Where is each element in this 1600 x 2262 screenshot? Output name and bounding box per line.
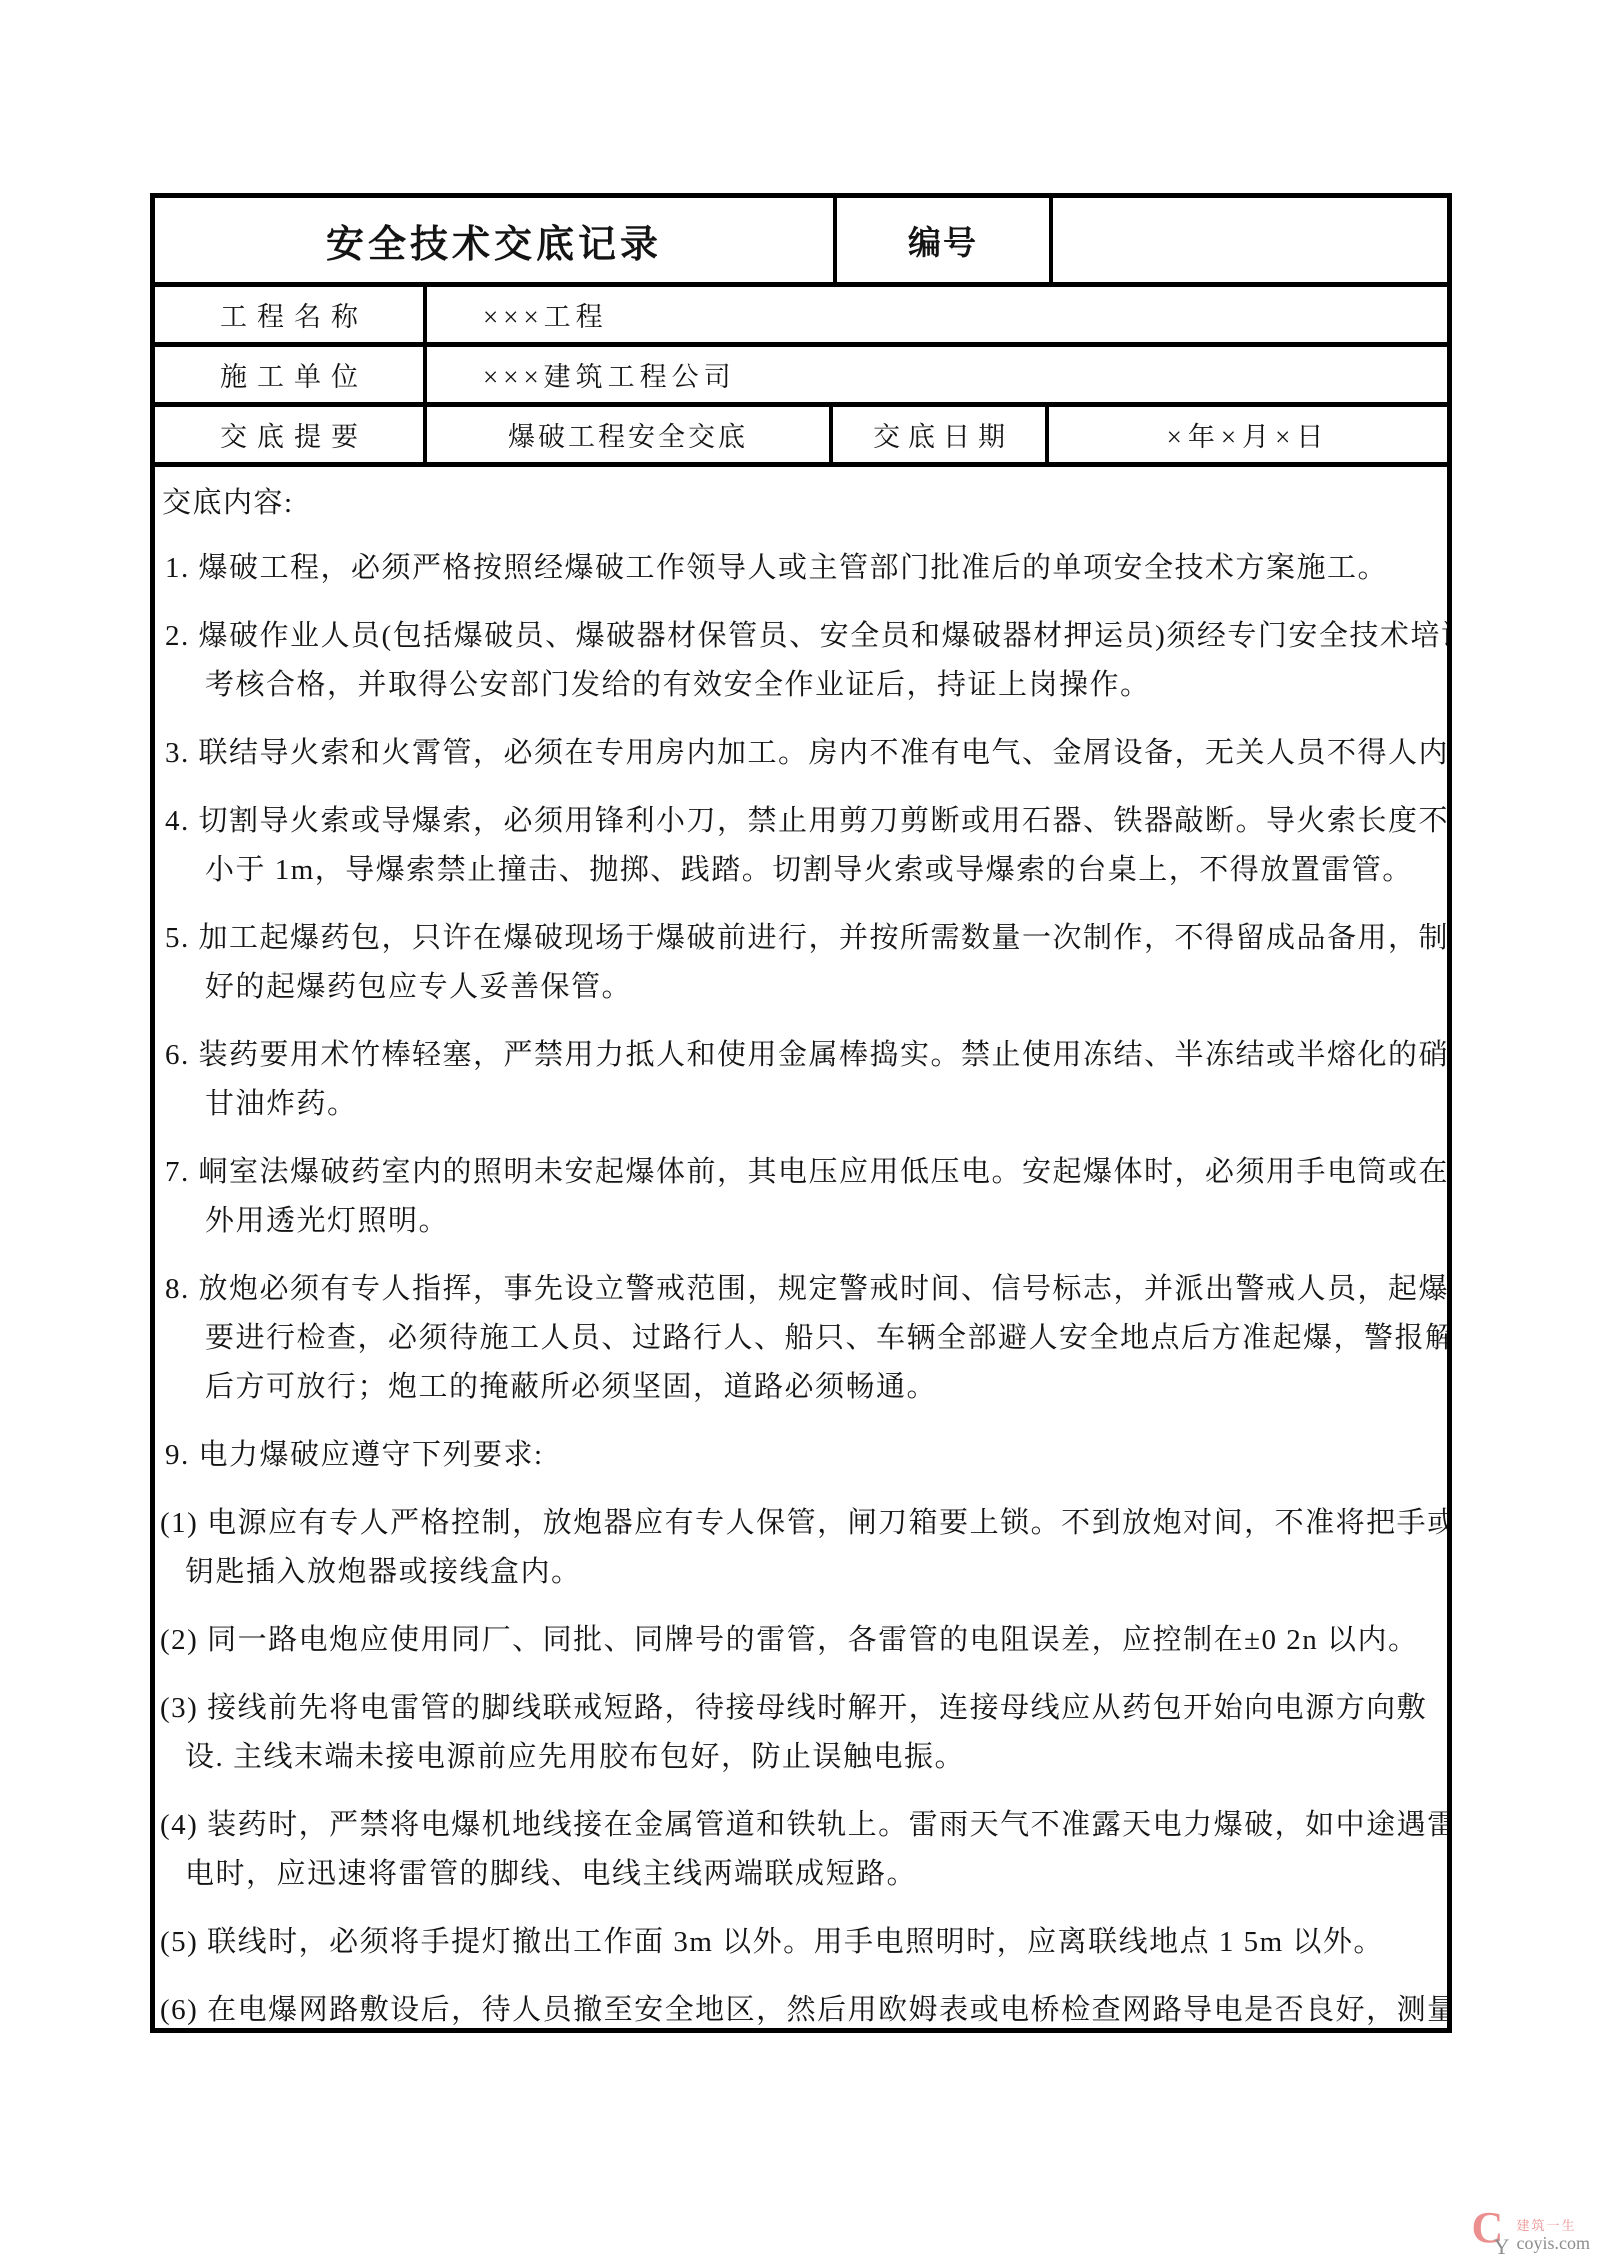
- content-line: (6) 在电爆网路敷设后，待人员撤至安全地区，然后用欧姆表或电桥检查网路导电是否…: [160, 1986, 1437, 2028]
- watermark-text: 建筑一生 coyis.com: [1517, 2218, 1591, 2254]
- project-name-label: 工程名称: [155, 287, 423, 342]
- content-line: 钥匙插入放炮器或接线盒内。: [160, 1548, 1437, 1597]
- content-line: (2) 同一路电炮应使用同厂、同批、同牌号的雷管，各雷管的电阻误差，应控制在±0…: [160, 1616, 1437, 1665]
- date-label: 交底日期: [829, 407, 1045, 462]
- content-line: 8. 放炮必须有专人指挥，事先设立警戒范围，规定警戒时间、信号标志，并派出警戒人…: [160, 1265, 1437, 1314]
- content-line: 5. 加工起爆药包，只许在爆破现场于爆破前进行，并按所需数量一次制作，不得留成品…: [160, 914, 1437, 963]
- watermark-site: coyis.com: [1517, 2233, 1591, 2254]
- document-title: 安全技术交底记录: [155, 198, 833, 282]
- summary-label: 交底提要: [155, 407, 423, 462]
- content-line: (1) 电源应有专人严格控制，放炮器应有专人保管，闸刀箱要上锁。不到放炮对间，不…: [160, 1499, 1437, 1548]
- content-line: 考核合格，并取得公安部门发给的有效安全作业证后，持证上岗操作。: [160, 661, 1437, 710]
- project-name-row: 工程名称 ×××工程: [155, 287, 1447, 347]
- watermark-logo-y: Y: [1494, 2236, 1510, 2258]
- content-line: 要进行检查，必须待施工人员、过路行人、船只、车辆全部避人安全地点后方准起爆，警报…: [160, 1314, 1437, 1363]
- content-cell: 交底内容: 1. 爆破工程，必须严格按照经爆破工作领导人或主管部门批准后的单项安…: [155, 467, 1447, 2028]
- content-line: 后方可放行；炮工的掩蔽所必须坚固，道路必须畅通。: [160, 1363, 1437, 1412]
- content-line: 9. 电力爆破应遵守下列要求:: [160, 1431, 1437, 1480]
- content-line: 2. 爆破作业人员(包括爆破员、爆破器材保管员、安全员和爆破器材押运员)须经专门…: [160, 612, 1437, 661]
- watermark: C Y 建筑一生 coyis.com: [1472, 2212, 1591, 2254]
- content-line: 4. 切割导火索或导爆索，必须用锋利小刀，禁止用剪刀剪断或用石器、铁器敲断。导火…: [160, 797, 1437, 846]
- summary-value: 爆破工程安全交底: [423, 407, 829, 462]
- number-label: 编号: [833, 198, 1049, 282]
- content-line: 电时，应迅速将雷管的脚线、电线主线两端联成短路。: [160, 1850, 1437, 1899]
- content-line: 好的起爆药包应专人妥善保管。: [160, 963, 1437, 1012]
- watermark-logo-icon: C Y: [1472, 2212, 1512, 2254]
- content-line: 1. 爆破工程，必须严格按照经爆破工作领导人或主管部门批准后的单项安全技术方案施…: [160, 544, 1437, 593]
- content-line: 甘油炸药。: [160, 1080, 1437, 1129]
- summary-row: 交底提要 爆破工程安全交底 交底日期 ×年×月×日: [155, 407, 1447, 467]
- construction-unit-value: ×××建筑工程公司: [423, 347, 1447, 402]
- content-lines: 1. 爆破工程，必须严格按照经爆破工作领导人或主管部门批准后的单项安全技术方案施…: [160, 525, 1437, 2028]
- content-line: 小于 1m，导爆索禁止撞击、抛掷、践踏。切割导火索或导爆索的台桌上，不得放置雷管…: [160, 846, 1437, 895]
- content-line: (5) 联线时，必须将手提灯撤出工作面 3m 以外。用手电照明时，应离联线地点 …: [160, 1918, 1437, 1967]
- disclosure-record-table: 安全技术交底记录 编号 工程名称 ×××工程 施工单位 ×××建筑工程公司 交底…: [150, 193, 1452, 2033]
- content-line: 设. 主线末端未接电源前应先用胶布包好，防止误触电振。: [160, 1733, 1437, 1782]
- content-line: (4) 装药时，严禁将电爆机地线接在金属管道和铁轨上。雷雨天气不准露天电力爆破，…: [160, 1801, 1437, 1850]
- construction-unit-row: 施工单位 ×××建筑工程公司: [155, 347, 1447, 407]
- content-heading: 交底内容:: [160, 481, 1437, 525]
- content-line: 3. 联结导火索和火霄管，必须在专用房内加工。房内不准有电气、金屑设备，无关人员…: [160, 729, 1437, 778]
- project-name-value: ×××工程: [423, 287, 1447, 342]
- number-value-cell: [1049, 198, 1447, 282]
- watermark-brand: 建筑一生: [1517, 2218, 1591, 2233]
- content-line: 7. 峒室法爆破药室内的照明未安起爆体前，其电压应用低压电。安起爆体时，必须用手…: [160, 1148, 1437, 1197]
- date-value: ×年×月×日: [1045, 407, 1447, 462]
- content-line: 外用透光灯照明。: [160, 1197, 1437, 1246]
- content-line: (3) 接线前先将电雷管的脚线联戒短路，待接母线时解开，连接母线应从药包开始向电…: [160, 1684, 1437, 1733]
- header-row: 安全技术交底记录 编号: [155, 198, 1447, 287]
- construction-unit-label: 施工单位: [155, 347, 423, 402]
- content-line: 6. 装药要用术竹棒轻塞，严禁用力抵人和使用金属棒捣实。禁止使用冻结、半冻结或半…: [160, 1031, 1437, 1080]
